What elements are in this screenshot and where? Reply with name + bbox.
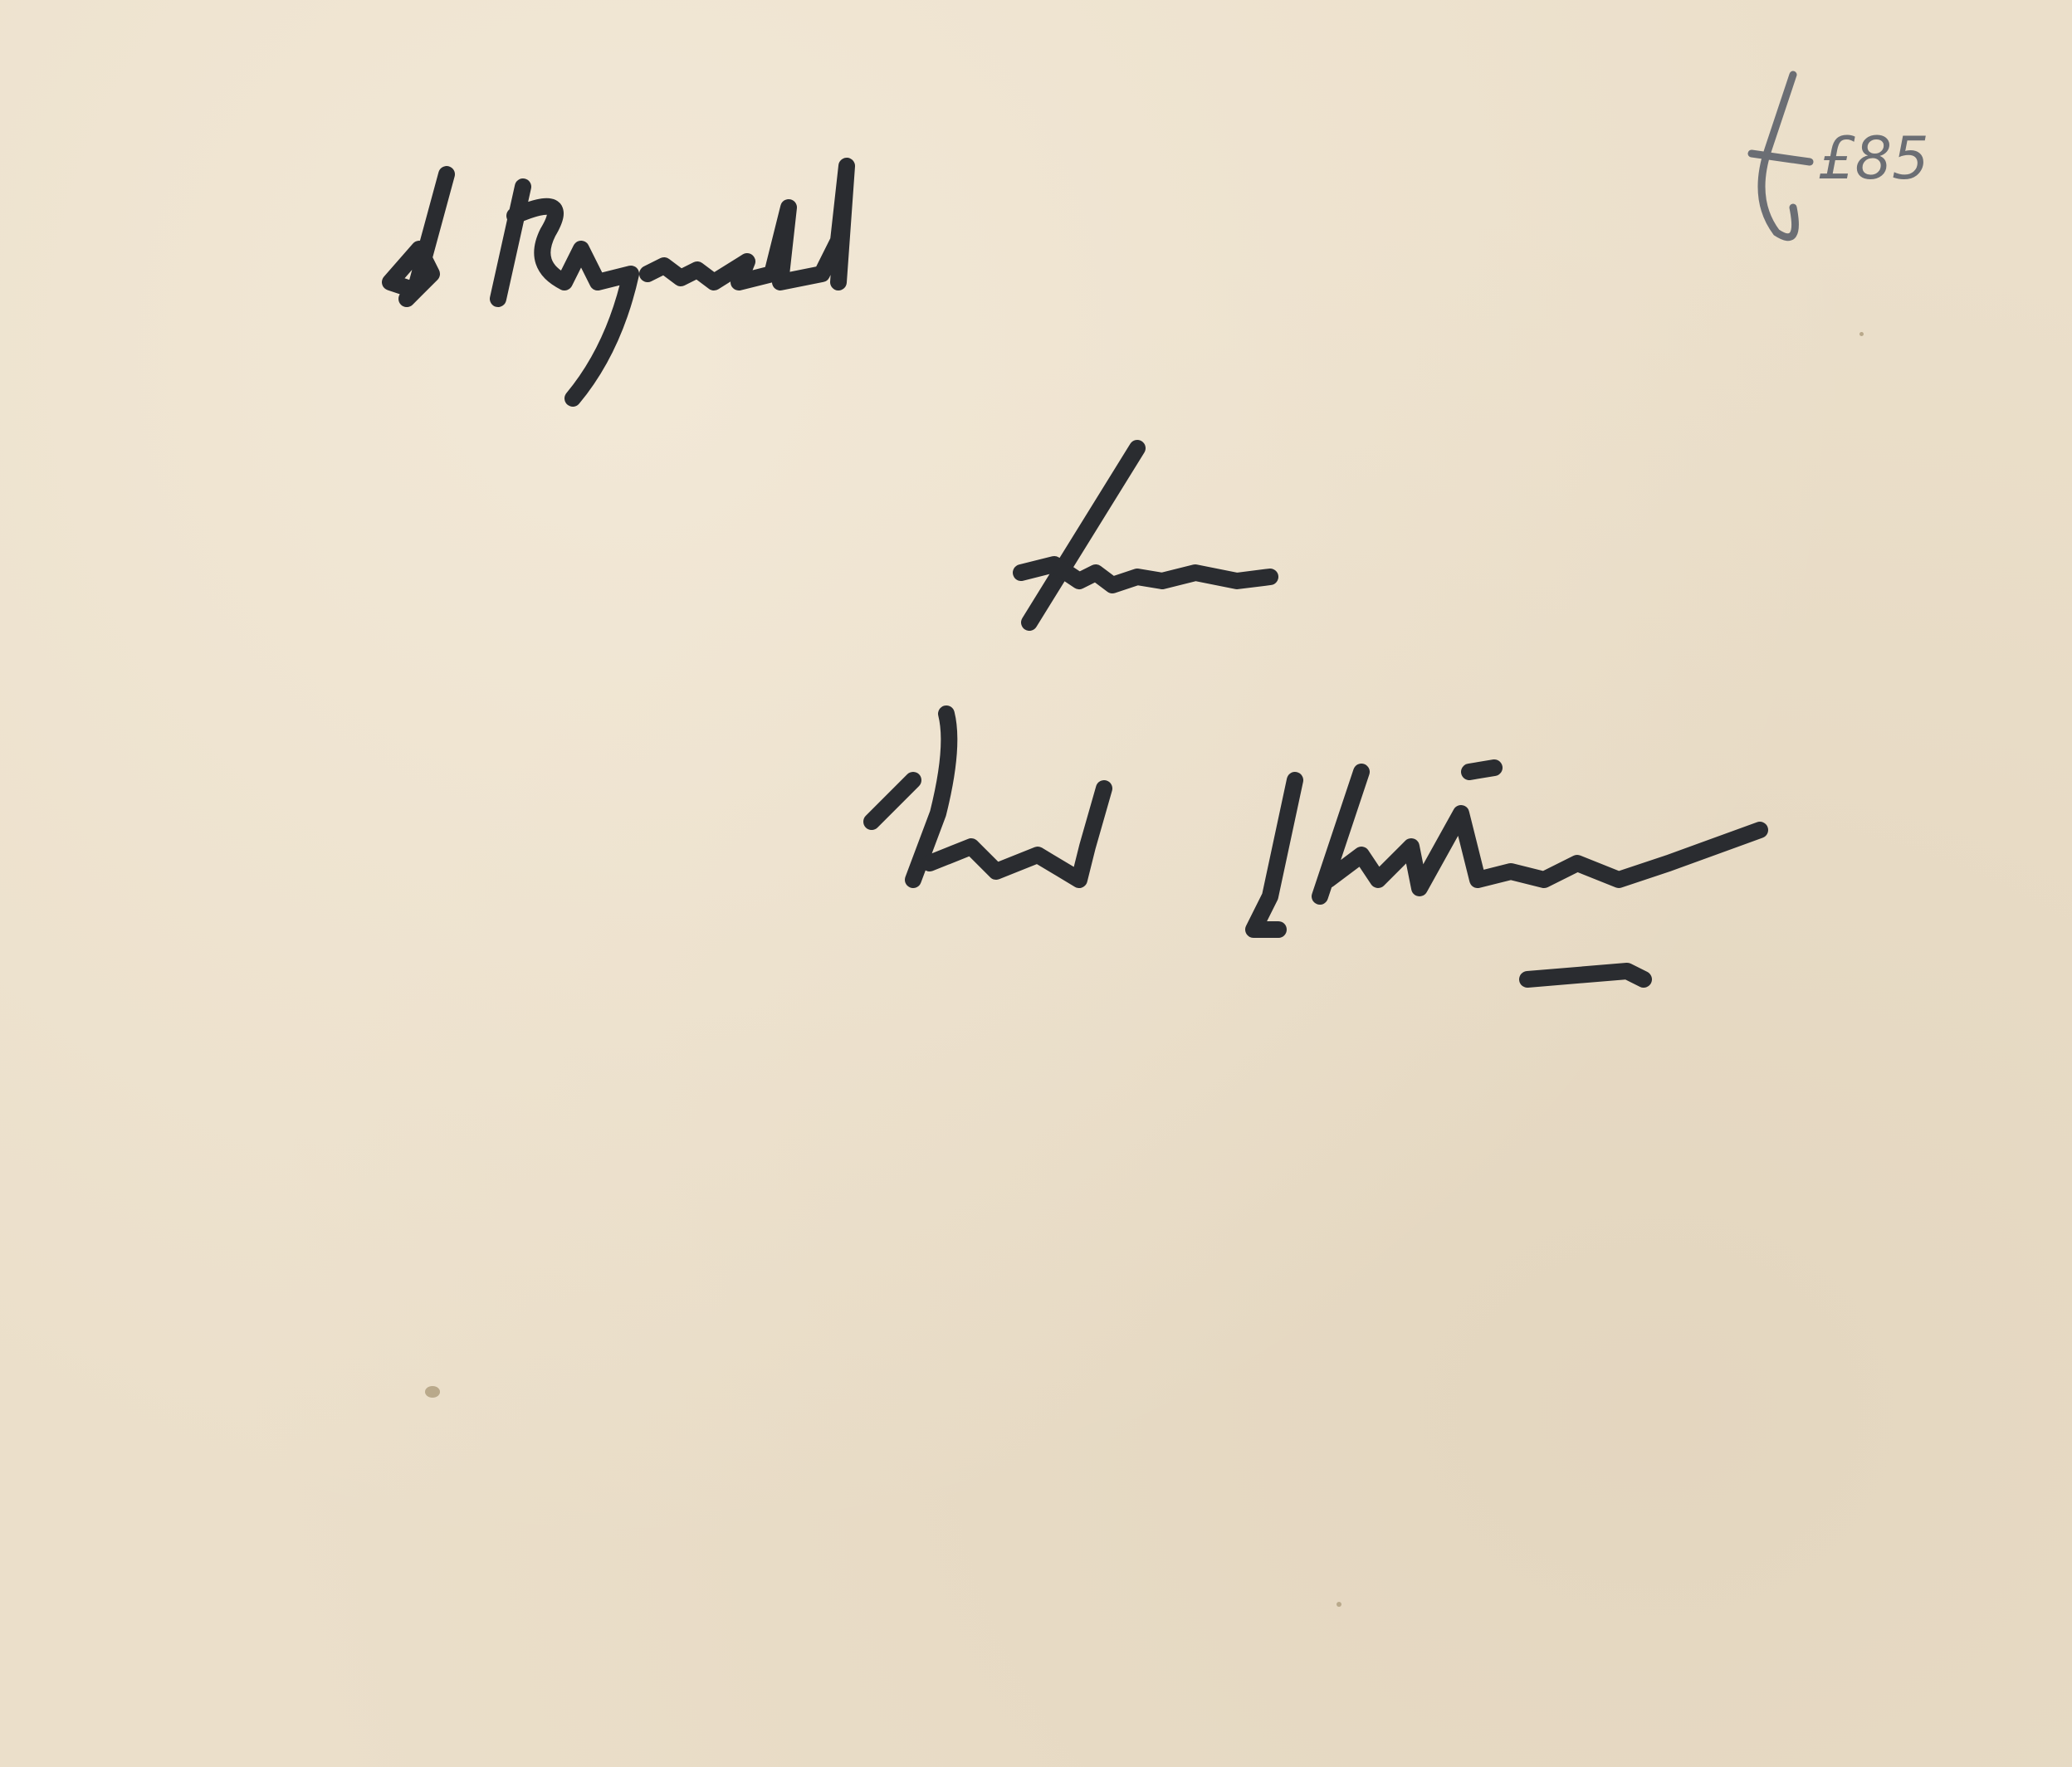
paper-spot [1859,332,1864,336]
price-mark: £85 [1818,124,1929,193]
paper-spot [425,1386,440,1398]
handwriting-strokes [0,0,2072,1767]
paper-spot [1337,1602,1341,1607]
inscribed-paper: £85 to Reginald from Edward Lasker [0,0,2072,1767]
